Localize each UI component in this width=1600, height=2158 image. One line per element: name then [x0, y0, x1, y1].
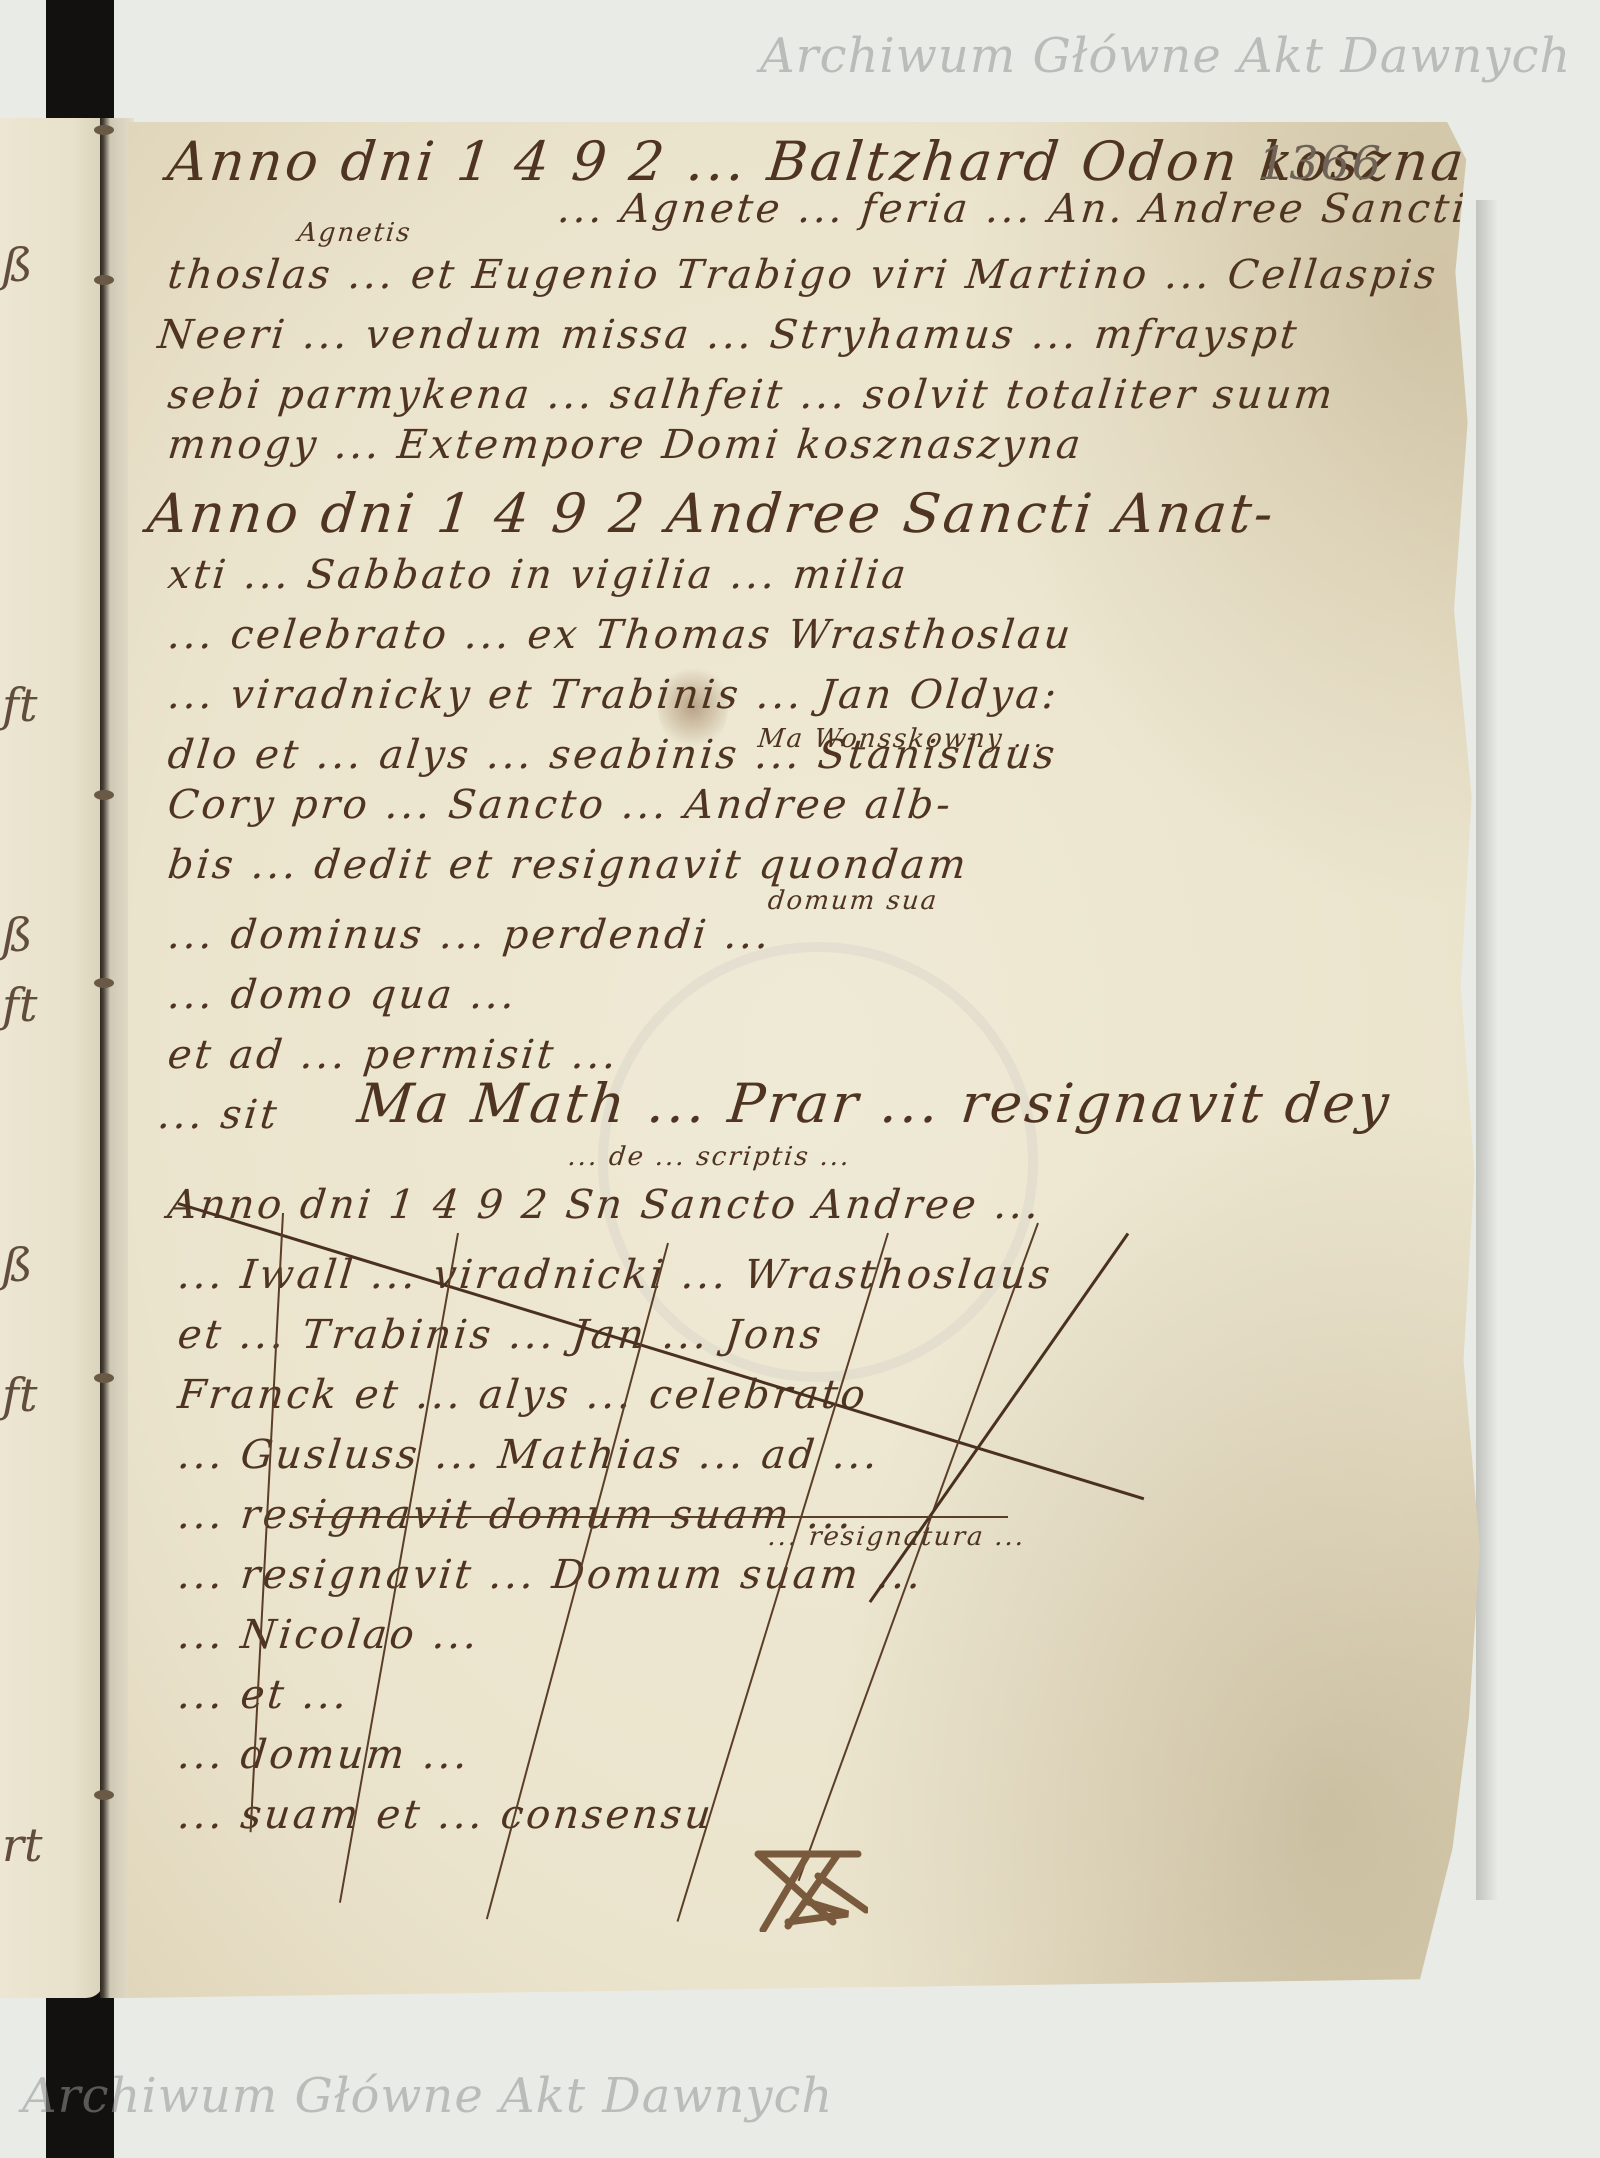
manuscript-line: ... domum ...: [176, 1732, 473, 1778]
manuscript-line: Anno dni 1 4 9 2 Andree Sancti Anat-: [145, 482, 1279, 545]
manuscript-line: ... celebrato ... ex Thomas Wrasthoslau: [166, 612, 1076, 658]
interlinear-note: domum sua: [766, 886, 939, 916]
folio-number: 1366: [1258, 136, 1383, 190]
archive-watermark-top: Archiwum Główne Akt Dawnych: [760, 28, 1571, 84]
manuscript-line: ... viradnicky et Trabinis ... Jan Oldya…: [166, 672, 1062, 718]
interlinear-note: Ma Wonsskowny ...: [756, 724, 1046, 754]
binding-stitch: [94, 1373, 114, 1383]
manuscript-line: mnogy ... Extempore Domi kosznaszyna: [166, 422, 1086, 468]
manuscript-line: ... et ...: [176, 1672, 352, 1718]
left-page-text-fragment: ft: [2, 978, 38, 1032]
manuscript-line: ... resignavit ... Domum suam ...: [176, 1552, 926, 1598]
manuscript-line: xti ... Sabbato in vigilia ... milia: [166, 552, 911, 598]
manuscript-line: ... dominus ... perdendi ...: [166, 912, 774, 958]
manuscript-line: thoslas ... et Eugenio Trabigo viri Mart…: [166, 252, 1441, 298]
binding-stitch: [94, 125, 114, 135]
interlinear-note: ... de ... scriptis ...: [566, 1142, 852, 1172]
binding-stitch: [94, 790, 114, 800]
manuscript-line: ... Agnete ... feria ... An. Andree Sanc…: [556, 186, 1600, 232]
manuscript-line: sebi parmykena ... salhfeit ... solvit t…: [166, 372, 1338, 418]
manuscript-line: Neeri ... vendum missa ... Stryhamus ...…: [156, 312, 1302, 358]
monogram-mark: [748, 1842, 868, 1932]
manuscript-line: et ... Trabinis ... Jan ... Jons: [176, 1312, 826, 1358]
manuscript-line: ... Iwall ... viradnicki ... Wrasthoslau…: [176, 1252, 1055, 1298]
manuscript-line: ... resignavit domum suam ...: [176, 1492, 857, 1538]
left-page-text-fragment: ft: [2, 678, 38, 732]
manuscript-line: Anno dni 1 4 9 2 Sn Sancto Andree ...: [166, 1182, 1044, 1228]
left-page-text-fragment: ft: [2, 1368, 38, 1422]
binding-stitch: [94, 275, 114, 285]
manuscript-line: ... sit: [156, 1092, 282, 1138]
manuscript-line: ... Gusluss ... Mathias ... ad ...: [176, 1432, 883, 1478]
interlinear-note: ... resignatura ...: [766, 1522, 1027, 1552]
interlinear-note: Agnetis: [296, 218, 413, 248]
manuscript-line: Anno dni 1 4 9 2 ... Baltzhard Odon kosz…: [165, 130, 1600, 193]
manuscript-line: ... domo qua ...: [166, 972, 520, 1018]
binding-stitch: [94, 978, 114, 988]
strikethrough-line: [308, 1516, 1008, 1518]
manuscript-line: ... Nicolao ...: [176, 1612, 483, 1658]
binding-stitch: [94, 1790, 114, 1800]
left-page-fragment: ß ft ß ft ß ft rt: [0, 118, 104, 1998]
page-edge-shadow: [1476, 200, 1498, 1900]
manuscript-line: ... suam et ... consensu: [176, 1792, 716, 1838]
archive-watermark-bottom: Archiwum Główne Akt Dawnych: [22, 2068, 833, 2124]
manuscript-page: Anno dni 1 4 9 2 ... Baltzhard Odon kosz…: [128, 122, 1488, 1998]
manuscript-line: Cory pro ... Sancto ... Andree alb-: [166, 782, 956, 828]
manuscript-heading-line: Ma Math ... Prar ... resignavit dey: [355, 1072, 1395, 1135]
left-page-text-fragment: rt: [2, 1818, 42, 1872]
manuscript-line: Franck et ... alys ... celebrato: [176, 1372, 871, 1418]
manuscript-line: bis ... dedit et resignavit quondam: [166, 842, 971, 888]
left-page-text-fragment: ß: [2, 908, 33, 962]
left-page-text-fragment: ß: [2, 238, 33, 292]
left-page-text-fragment: ß: [2, 1238, 33, 1292]
